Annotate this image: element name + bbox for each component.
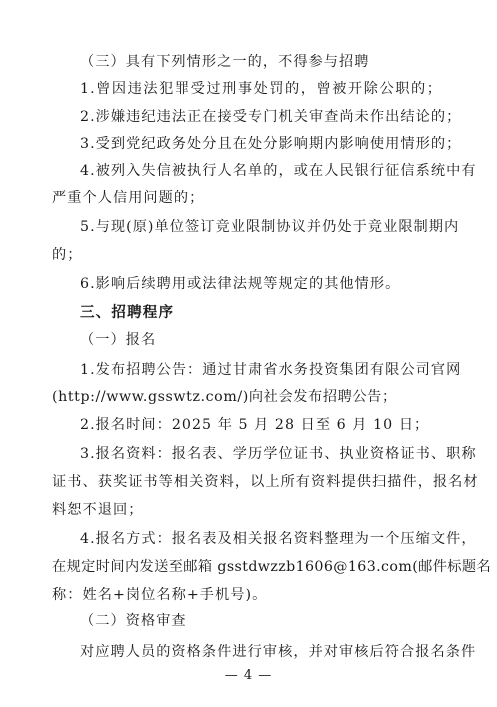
- list-item: 3.报名资料：报名表、学历学位证书、执业资格证书、职称: [80, 444, 442, 464]
- list-item: 6.影响后续聘用或法律法规等规定的其他情形。: [80, 274, 442, 294]
- list-item-continuation: 的；: [52, 245, 442, 265]
- list-item: 1.曾因违法犯罪受过刑事处罚的，曾被开除公职的；: [80, 79, 442, 99]
- list-item-continuation: 称：姓名+岗位名称+手机号)。: [52, 585, 442, 605]
- list-item: 2.报名时间：2025 年 5 月 28 日至 6 月 10 日；: [80, 415, 442, 435]
- paragraph: 对应聘人员的资格条件进行审核，并对审核后符合报名条件: [80, 642, 442, 662]
- section-heading-recruitment-procedure: 三、招聘程序: [80, 303, 442, 323]
- list-item-continuation: 证书、获奖证书等相关资料，以上所有资料提供扫描件，报名材: [52, 472, 442, 492]
- list-item-continuation: 严重个人信用问题的；: [52, 188, 442, 208]
- subheading-qualification-review: （二）资格审查: [80, 611, 470, 631]
- list-item: 1.发布招聘公告：通过甘肃省水务投资集团有限公司官网: [80, 360, 442, 380]
- list-item-continuation: 料恕不退回；: [52, 500, 442, 520]
- list-item-continuation: 在规定时间内发送至邮箱 gsstdwzzb1606@163.com(邮件标题名: [52, 557, 442, 577]
- list-item: 3.受到党纪政务处分且在处分影响期内影响使用情形的；: [80, 134, 442, 154]
- subheading-disqualifications: （三）具有下列情形之一的，不得参与招聘: [80, 52, 470, 72]
- list-item-continuation: (http://www.gsswtz.com/)向社会发布招聘公告；: [52, 387, 442, 407]
- list-item: 4.报名方式：报名表及相关报名资料整理为一个压缩文件，: [80, 529, 442, 549]
- list-item: 5.与现(原)单位签订竞业限制协议并仍处于竞业限制期内: [80, 217, 442, 237]
- page-number: — 4 —: [0, 668, 497, 683]
- document-page: （三）具有下列情形之一的，不得参与招聘 1.曾因违法犯罪受过刑事处罚的，曾被开除…: [0, 0, 497, 707]
- subheading-registration: （一）报名: [80, 330, 470, 350]
- list-item: 4.被列入失信被执行人名单的，或在人民银行征信系统中有: [80, 161, 442, 181]
- list-item: 2.涉嫌违纪违法正在接受专门机关审查尚未作出结论的；: [80, 107, 442, 127]
